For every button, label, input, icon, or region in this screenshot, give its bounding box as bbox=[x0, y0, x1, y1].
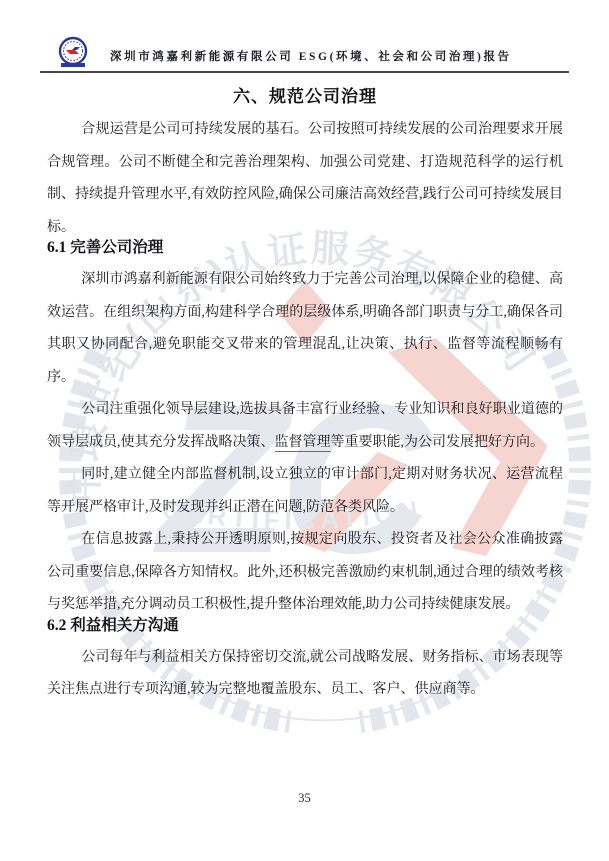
grammar-underlined-text: 监督管理 bbox=[275, 435, 331, 452]
section-61-paragraph-4: 在信息披露上,秉持公开透明原则,按规定向股东、投资者及社会公众准确披露公司重要信… bbox=[47, 524, 563, 622]
section-61-paragraph-3: 同时,建立健全内部监督机制,设立独立的审计部门,定期对财务状况、运营流程等开展严… bbox=[47, 459, 563, 524]
document-body: 六、规范公司治理 合规运营是公司可持续发展的基石。公司按照可持续发展的公司治理要… bbox=[47, 84, 563, 707]
section-61-heading: 6.1 完善公司治理 bbox=[47, 236, 563, 260]
chapter-title: 六、规范公司治理 bbox=[47, 84, 563, 110]
page-number: 35 bbox=[0, 791, 609, 806]
section-61-paragraph-1: 深圳市鸿嘉利新能源有限公司始终致力于完善公司治理,以保障企业的稳健、高效运营。在… bbox=[47, 264, 563, 394]
company-cert-logo-icon bbox=[56, 36, 90, 70]
paragraph-text: 等重要职能,为公司发展把好方向。 bbox=[331, 435, 545, 450]
intro-paragraph: 合规运营是公司可持续发展的基石。公司按照可持续发展的公司治理要求开展合规管理。公… bbox=[47, 114, 563, 244]
section-62-paragraph-1: 公司每年与利益相关方保持密切交流,就公司战略发展、财务指标、市场表现等关注焦点进… bbox=[47, 642, 563, 707]
page-header: 深圳市鸿嘉利新能源有限公司 ESG(环境、社会和公司治理)报告 bbox=[40, 38, 569, 73]
header-report-title: 深圳市鸿嘉利新能源有限公司 ESG(环境、社会和公司治理)报告 bbox=[110, 48, 512, 64]
report-page: ZC 中琅世纪(山东)认证服务有限公司 CERTIFICATION 深圳市鸿嘉利… bbox=[0, 0, 609, 861]
section-61-paragraph-2: 公司注重强化领导层建设,选拔具备丰富行业经验、专业知识和良好职业道德的领导层成员… bbox=[47, 394, 563, 459]
